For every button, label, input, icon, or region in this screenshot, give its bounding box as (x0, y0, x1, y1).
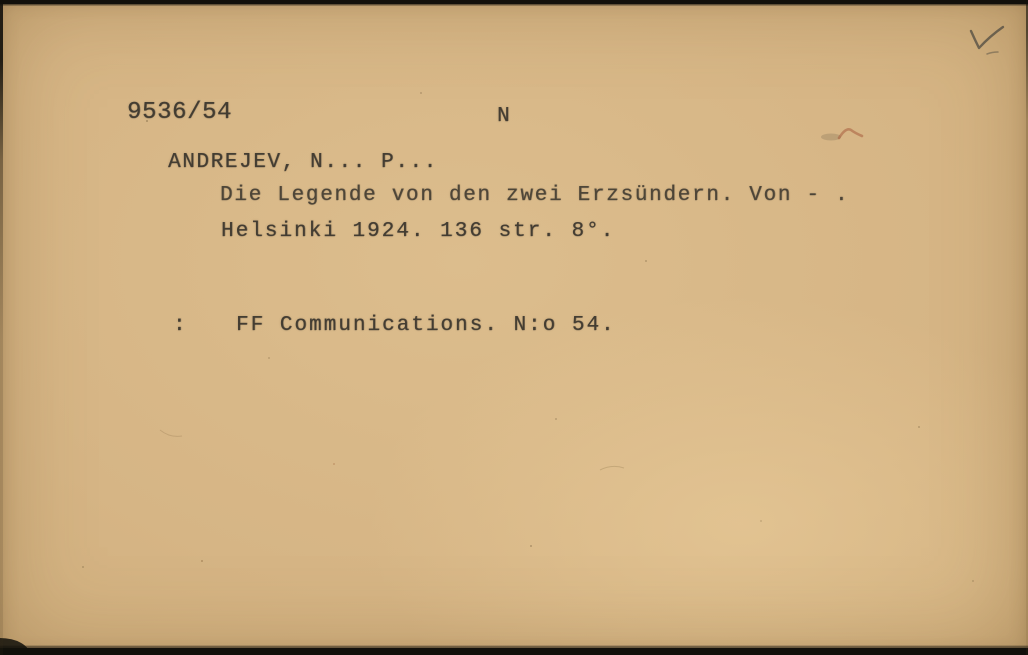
red-ink-mark (839, 129, 862, 138)
scan-edge-top (0, 0, 1028, 6)
series-note: FF Communications. N:o 54. (236, 315, 616, 336)
scan-corner-bottom-left (0, 638, 30, 655)
paper-fiber (160, 430, 182, 436)
scan-edge-left (0, 0, 3, 655)
classification-letter: N (497, 106, 510, 127)
author-heading: ANDREJEV, N... P... (168, 152, 438, 173)
paper-speckles (0, 0, 2, 2)
imprint-line: Helsinki 1924. 136 str. 8°. (221, 221, 615, 242)
call-number: 9536/54 (127, 101, 232, 125)
scan-edge-bottom (0, 645, 1028, 655)
library-catalog-card: 9536/54 N ANDREJEV, N... P... Die Legend… (0, 0, 1028, 655)
checkmark-icon (971, 27, 1003, 48)
pencil-smudge (821, 134, 841, 141)
checkmark-underline-dash (987, 52, 998, 54)
paper-fiber (600, 466, 624, 470)
series-separator: : (173, 315, 186, 336)
title-line: Die Legende von den zwei Erzsündern. Von… (220, 185, 849, 206)
